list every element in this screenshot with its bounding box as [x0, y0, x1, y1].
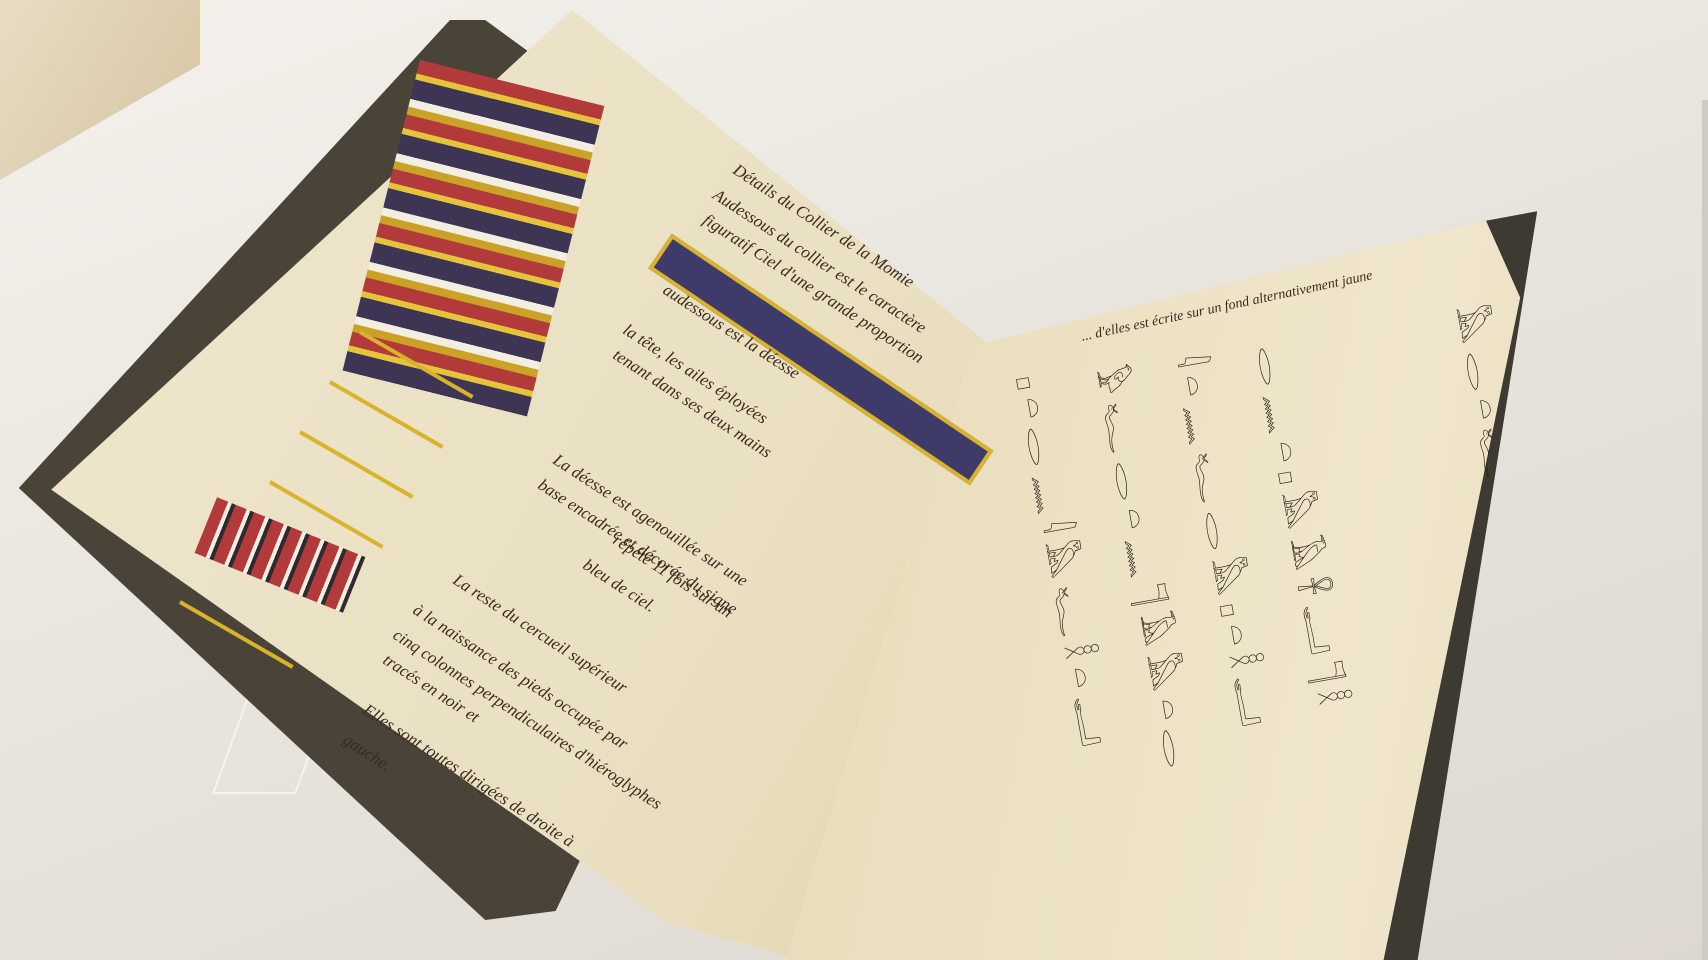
open-manuscript: Détails du Collier de la Momie Audessous… — [0, 0, 1708, 960]
